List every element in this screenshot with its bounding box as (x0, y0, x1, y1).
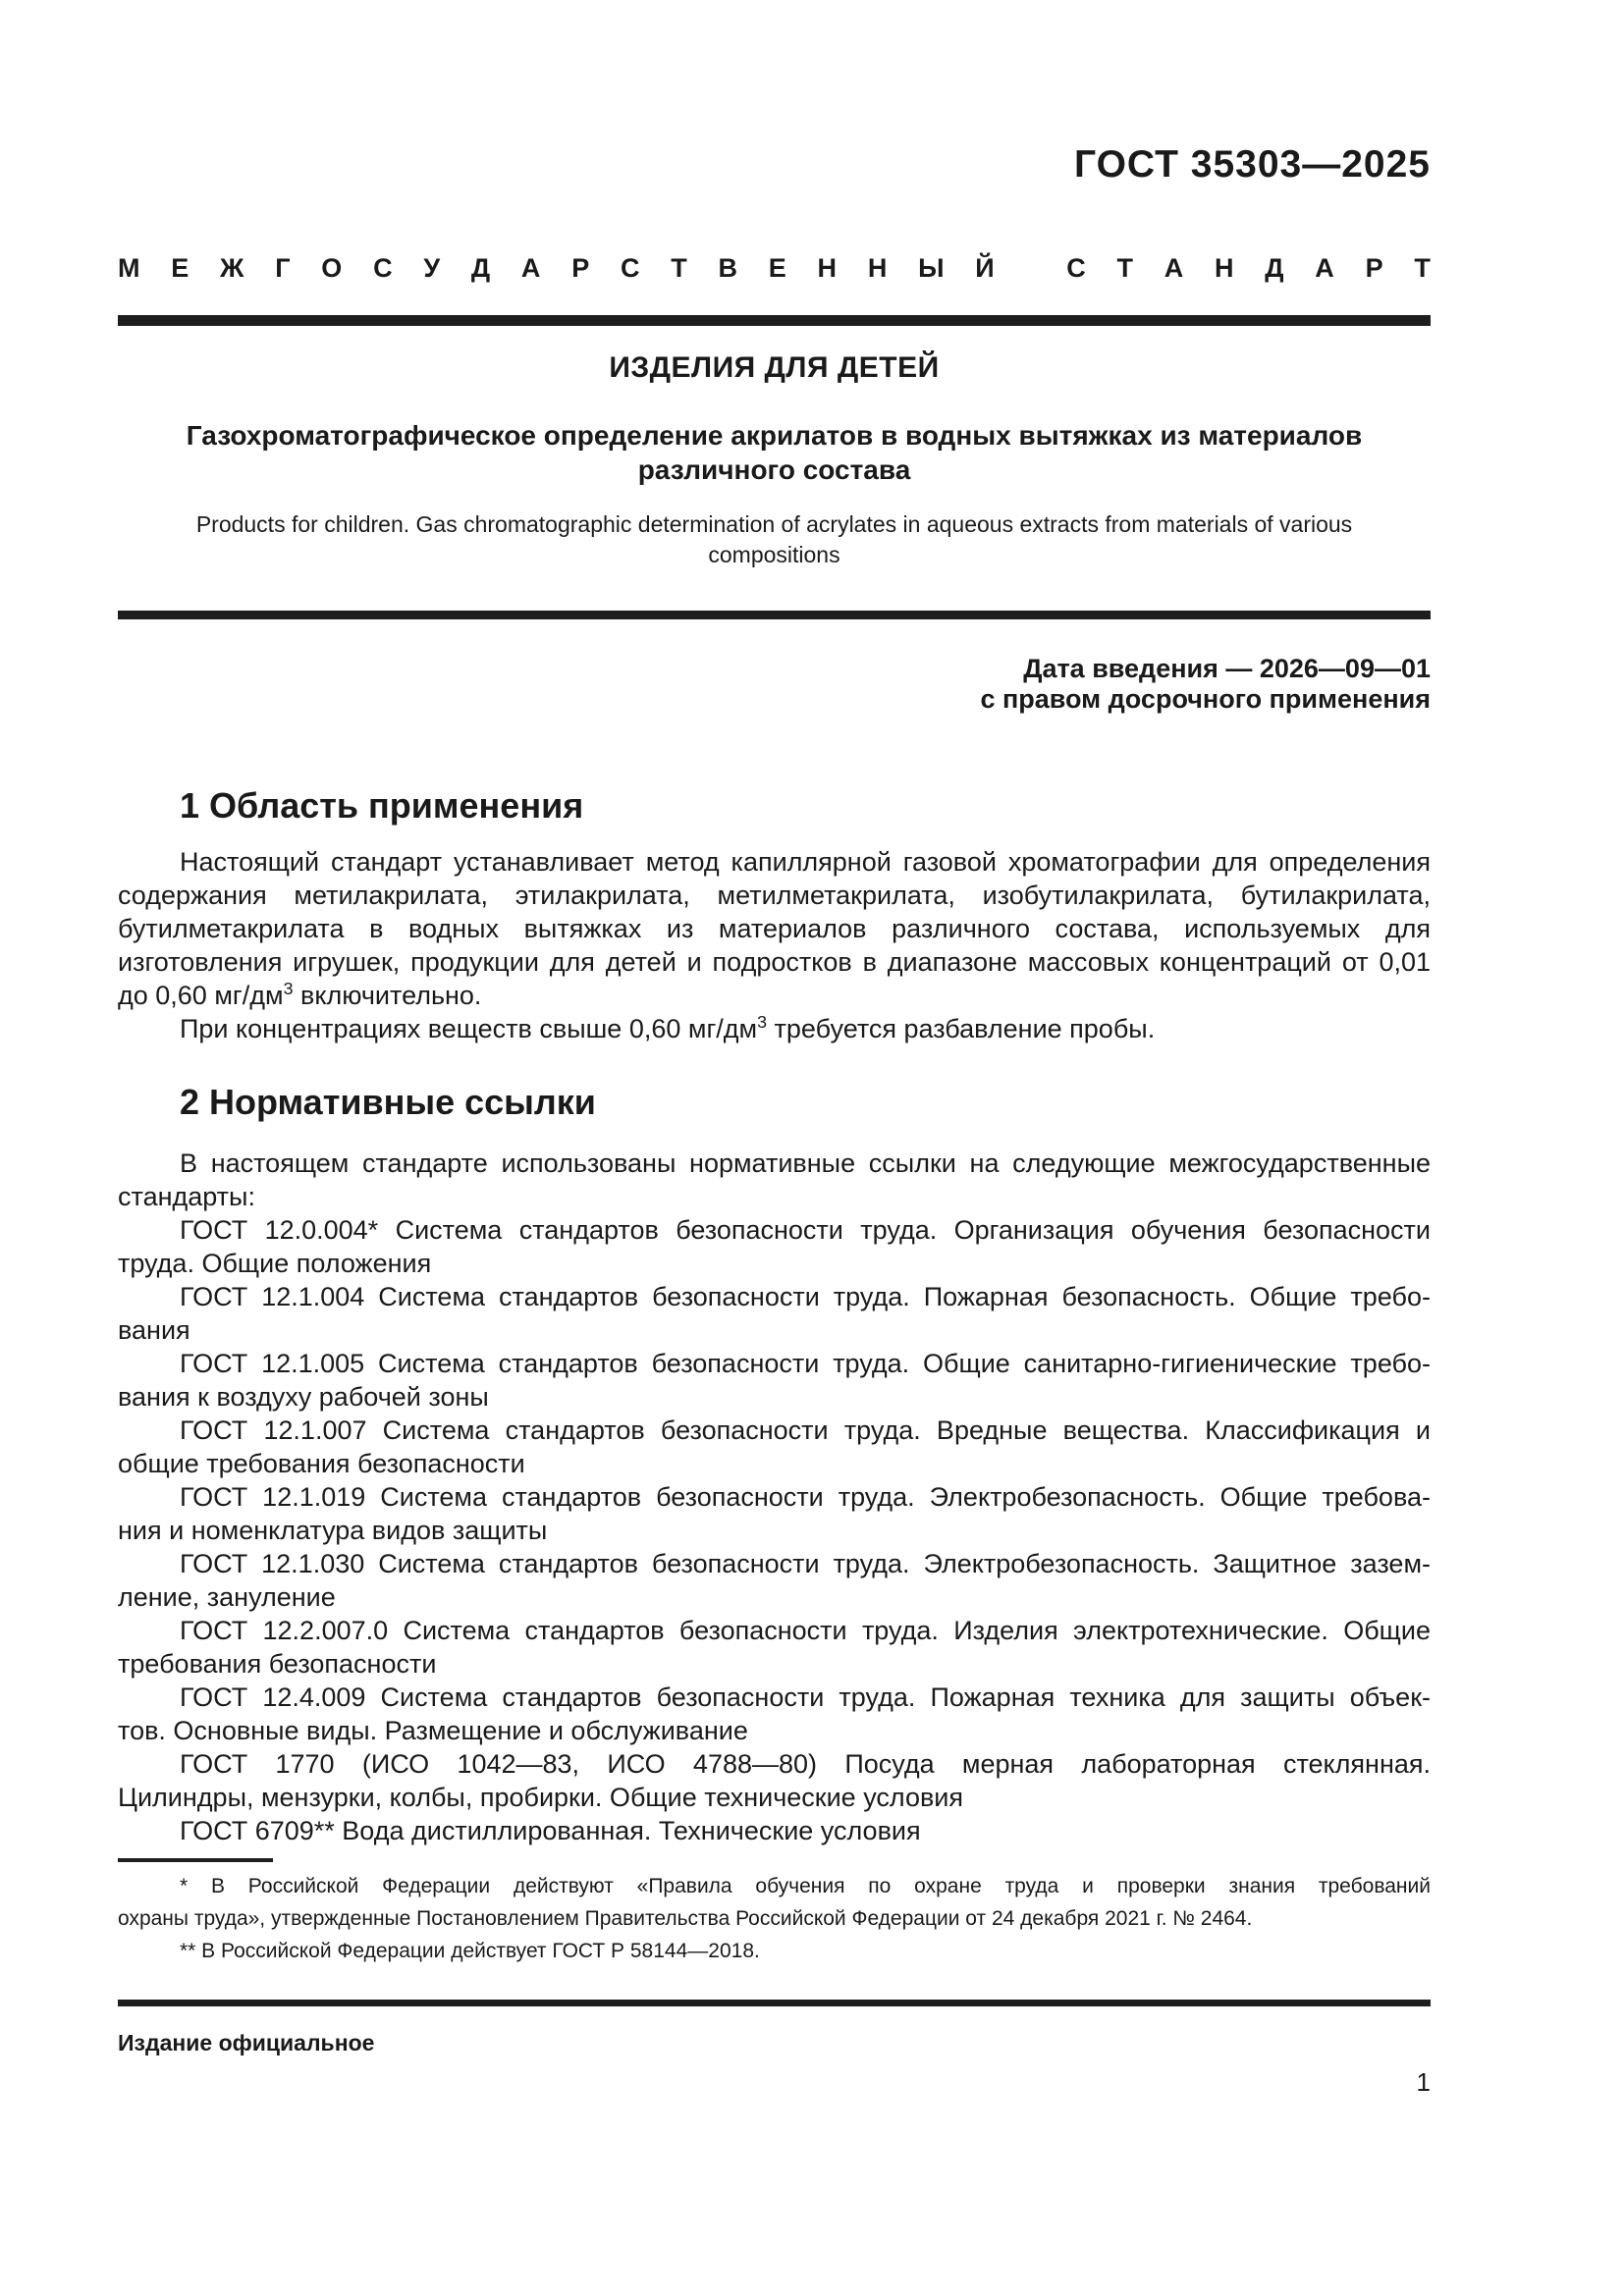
section-2-heading: 2 Нормативные ссылки (118, 1081, 1431, 1124)
document-subtitle-english: Products for children. Gas chromatograph… (118, 509, 1431, 570)
banner-letter: Н (818, 247, 838, 289)
text-line: требования безопасности (118, 1647, 1431, 1681)
section-1-body: Настоящий стандарт устанавливает метод к… (118, 845, 1431, 1045)
document-number: ГОСТ 35303—2025 (1074, 145, 1431, 185)
horizontal-rule-top (118, 315, 1431, 326)
text-line: ГОСТ 1770 (ИСО 1042—83, ИСО 4788—80) Пос… (118, 1747, 1431, 1781)
text-line: ГОСТ 12.2.007.0 Система стандартов безоп… (118, 1614, 1431, 1647)
banner-letter: Д (471, 247, 490, 289)
banner-letter: О (321, 247, 342, 289)
text-line: Газохроматографическое определение акрил… (118, 418, 1431, 453)
banner-letter: Т (1116, 247, 1133, 289)
edition-note: Издание официальное (118, 2028, 374, 2057)
page-number: 1 (1417, 2067, 1431, 2097)
text-line: ГОСТ 12.1.019 Система стандартов безопас… (118, 1480, 1431, 1514)
footnotes: * В Российской Федерации действуют «Прав… (118, 1870, 1431, 1967)
banner-letter: Н (868, 247, 888, 289)
banner-letter: Т (671, 247, 687, 289)
text-line: бутилметакрилата в водных вытяжках из ма… (118, 912, 1431, 945)
banner-letter: С (373, 247, 393, 289)
section-2-body: В настоящем стандарте использованы норма… (118, 1147, 1431, 1847)
document-subtitle: Газохроматографическое определение акрил… (118, 418, 1431, 487)
text-line: ГОСТ 12.1.007 Система стандартов безопас… (118, 1414, 1431, 1447)
text-line: ГОСТ 12.1.005 Система стандартов безопас… (118, 1347, 1431, 1380)
banner-letter: А (1315, 247, 1334, 289)
banner-letter: У (423, 247, 440, 289)
banner-letter: Е (171, 247, 189, 289)
text-line: ГОСТ 6709** Вода дистиллированная. Техни… (118, 1814, 1431, 1847)
section-1-heading: 1 Область применения (118, 784, 1431, 828)
text-line: ния и номенклатура видов защиты (118, 1514, 1431, 1547)
banner-letter: Р (1366, 247, 1383, 289)
text-line: При концентрациях веществ свыше 0,60 мг/… (118, 1012, 1431, 1045)
early-application-line: с правом досрочного применения (980, 684, 1431, 715)
banner-letter: С (621, 247, 640, 289)
banner-letter: С (1066, 247, 1086, 289)
banner-letter: Р (571, 247, 589, 289)
document-page: ГОСТ 35303—2025 МЕЖГОСУДАРСТВЕННЫЙ СТАНД… (0, 0, 1624, 2296)
text-line: Products for children. Gas chromatograph… (118, 509, 1431, 540)
text-line: тов. Основные виды. Размещение и обслужи… (118, 1714, 1431, 1747)
banner-letter (1025, 247, 1035, 289)
text-line: труда. Общие положения (118, 1247, 1431, 1280)
banner-letter: Д (1265, 247, 1283, 289)
banner-letter: Й (975, 247, 994, 289)
text-line: ГОСТ 12.4.009 Система стандартов безопас… (118, 1681, 1431, 1714)
text-line: compositions (118, 540, 1431, 570)
banner-letter: Н (1215, 247, 1234, 289)
text-line: изготовления игрушек, продукции для дете… (118, 945, 1431, 979)
text-line: ГОСТ 12.1.030 Система стандартов безопас… (118, 1547, 1431, 1580)
text-line: охраны труда», утвержденные Постановлени… (118, 1902, 1431, 1935)
banner-letter: Ы (918, 247, 944, 289)
text-line: до 0,60 мг/дм3 включительно. (118, 979, 1431, 1012)
standard-type-banner: МЕЖГОСУДАРСТВЕННЫЙ СТАНДАРТ (118, 247, 1431, 289)
text-line: ление, зануление (118, 1580, 1431, 1614)
banner-letter: А (1164, 247, 1184, 289)
text-line: ** В Российской Федерации действует ГОСТ… (118, 1935, 1431, 1967)
banner-letter: Ж (220, 247, 244, 289)
banner-letter: Е (769, 247, 786, 289)
text-line: В настоящем стандарте использованы норма… (118, 1147, 1431, 1180)
text-line: стандарты: (118, 1180, 1431, 1213)
text-line: различного состава (118, 453, 1431, 487)
text-line: * В Российской Федерации действуют «Прав… (118, 1870, 1431, 1902)
footnote-separator (118, 1858, 273, 1862)
text-line: содержания метилакрилата, этилакрилата, … (118, 879, 1431, 912)
effective-date-line: Дата введения — 2026—09—01 (980, 654, 1431, 684)
effective-date-block: Дата введения — 2026—09—01 с правом доср… (980, 654, 1431, 715)
text-line: ГОСТ 12.1.004 Система стандартов безопас… (118, 1280, 1431, 1313)
document-title: ИЗДЕЛИЯ ДЛЯ ДЕТЕЙ (118, 350, 1431, 386)
text-line: общие требования безопасности (118, 1447, 1431, 1480)
text-line: Настоящий стандарт устанавливает метод к… (118, 845, 1431, 879)
text-line: вания к воздуху рабочей зоны (118, 1380, 1431, 1414)
horizontal-rule-bottom (118, 2000, 1431, 2006)
banner-letter: А (521, 247, 541, 289)
banner-letter: В (719, 247, 738, 289)
banner-letter: М (118, 247, 140, 289)
text-line: вания (118, 1313, 1431, 1347)
banner-letter: Т (1414, 247, 1431, 289)
horizontal-rule-title (118, 611, 1431, 619)
banner-letter: Г (275, 247, 290, 289)
text-line: Цилиндры, мензурки, колбы, пробирки. Общ… (118, 1781, 1431, 1814)
text-line: ГОСТ 12.0.004* Система стандартов безопа… (118, 1213, 1431, 1247)
